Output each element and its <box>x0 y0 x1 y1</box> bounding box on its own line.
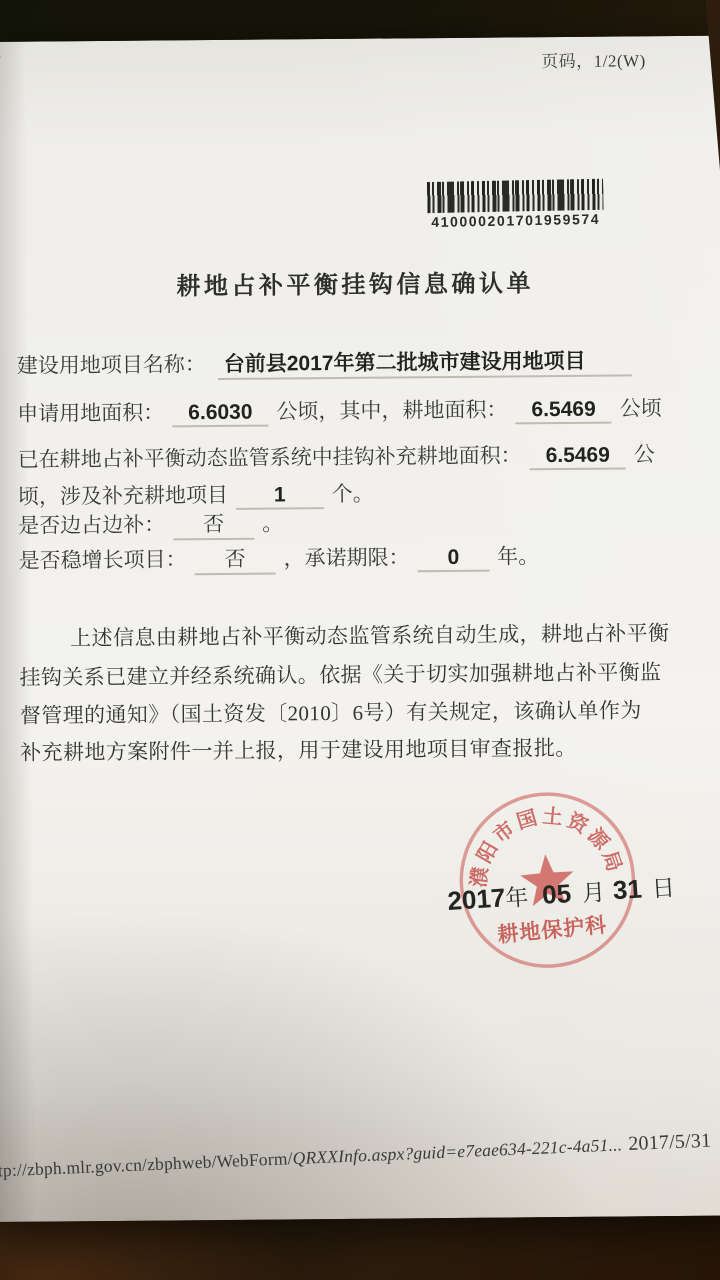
project-name-value: 台前县2017年第二批城市建设用地项目 <box>218 344 632 380</box>
date-year: 2017 <box>447 882 507 916</box>
form-line-project-name: 建设用地项目名称：台前县2017年第二批城市建设用地项目 <box>17 344 697 382</box>
date-year-suffix: 年 <box>505 885 530 911</box>
document-page: W 页码，1/2(W) 410000201701959574 耕地占补平衡挂钩信… <box>0 35 720 1221</box>
print-footer: http://zbph.mlr.gov.cn/zbphweb/WebForm/Q… <box>0 1129 720 1183</box>
barcode-image <box>427 179 604 213</box>
side-occupy-label: 是否边占边补： <box>18 512 165 537</box>
project-count-head: 顷，涉及补充耕地项目 <box>18 483 228 509</box>
form-line-side-occupy: 是否边占边补：否。 <box>18 504 698 542</box>
paragraph-line: 挂钩关系已建立并经系统确认。依据《关于切实加强耕地占补平衡监 <box>19 656 679 692</box>
date-month-suffix: 月 <box>581 880 606 906</box>
date-day-suffix: 日 <box>651 875 676 901</box>
linked-area-value: 6.5469 <box>530 443 626 470</box>
applied-area-value: 6.6030 <box>172 401 268 428</box>
paragraph-line: 督管理的通知》（国土资发〔2010〕6号）有关规定，该确认单作为 <box>20 694 680 730</box>
linked-area-unit-head: 公 <box>634 442 655 466</box>
areas-unit-label: 公顷 <box>620 396 662 420</box>
areas-mid-label: 公顷，其中，耕地面积： <box>276 397 507 423</box>
stable-growth-label: 是否稳增长项目： <box>18 547 186 572</box>
form-line-linked-area: 已在耕地占补平衡动态监管系统中挂钩补充耕地面积：6.5469公 <box>18 438 698 475</box>
page-number-label: 页码，1/2(W) <box>541 46 646 72</box>
stable-growth-value: 否 <box>194 543 275 576</box>
project-name-label: 建设用地项目名称： <box>17 352 206 378</box>
commitment-unit: 年。 <box>497 544 539 568</box>
side-occupy-value: 否 <box>173 508 254 541</box>
barcode-number: 410000201701959574 <box>426 211 606 230</box>
footer-url: http://zbph.mlr.gov.cn/zbphweb/WebForm/Q… <box>0 1134 623 1182</box>
footer-print-date: 2017/5/31 <box>628 1130 712 1156</box>
form-line-stable-growth: 是否稳增长项目：否，承诺期限：0年。 <box>18 539 698 577</box>
project-count-unit: 个。 <box>332 482 374 506</box>
linked-area-label: 已在耕地占补平衡动态监管系统中挂钩补充耕地面积： <box>18 443 522 471</box>
footer-url-tail: QRXXInfo.aspx?guid=e7eae634-221c-4a51... <box>292 1134 622 1168</box>
paragraph-line: 补充耕地方案附件一并上报，用于建设用地项目审查报批。 <box>20 731 680 767</box>
barcode-block: 410000201701959574 <box>425 179 606 230</box>
date-day: 31 <box>612 873 643 905</box>
footer-url-head: http://zbph.mlr.gov.cn/zbphweb/WebForm/ <box>0 1148 293 1181</box>
date-month: 05 <box>541 878 572 910</box>
side-occupy-period: 。 <box>262 511 283 535</box>
cultivated-area-value: 6.5469 <box>515 398 611 425</box>
commitment-value: 0 <box>417 546 489 573</box>
photo-canvas: { "colors": { "desk": "#271608", "paper"… <box>0 0 720 1280</box>
applied-area-label: 申请用地面积： <box>17 400 164 425</box>
document-title: 耕地占补平衡挂钩信息确认单 <box>0 262 720 303</box>
commitment-label: ，承诺期限： <box>283 545 409 570</box>
project-count-value: 1 <box>236 483 324 510</box>
paragraph-line: 上述信息由耕地占补平衡动态监管系统自动生成，耕地占补平衡 <box>19 617 679 653</box>
form-line-areas: 申请用地面积：6.6030公顷，其中，耕地面积：6.5469公顷 <box>17 392 697 429</box>
